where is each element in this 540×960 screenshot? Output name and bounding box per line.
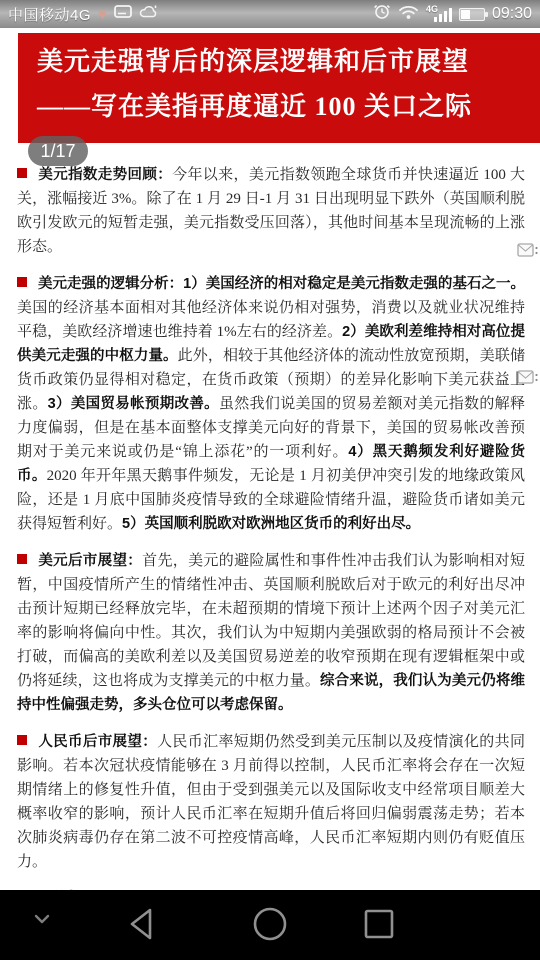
signal-bars-icon: 4G bbox=[426, 5, 452, 23]
paragraph-text-bold: 5）英国顺利脱欧对欧洲地区货币的利好出尽。 bbox=[122, 516, 420, 532]
cloud-icon bbox=[139, 4, 159, 24]
comment-marker-icon[interactable] bbox=[517, 370, 539, 386]
alarm-icon bbox=[373, 3, 391, 25]
recents-button-icon[interactable] bbox=[362, 907, 396, 944]
paragraph-heading: 人民币后市展望： bbox=[38, 734, 157, 750]
paragraph-dollar-index-review: 美元指数走势回顾：今年以来，美元指数领跑全球货币并快速逼近 100 大关，涨幅接… bbox=[17, 163, 525, 259]
status-bar-left: 中国移动4G ♥ bbox=[8, 4, 159, 25]
paragraph-text: 首先，美元的避险属性和事件性冲击我们认为影响相对短暂，中国疫情所产生的情绪性冲击… bbox=[17, 553, 525, 689]
comment-marker-icon[interactable] bbox=[517, 243, 539, 259]
report-title-line1: 美元走强背后的深层逻辑和后市展望 bbox=[37, 49, 526, 75]
bullet-square-icon bbox=[17, 277, 27, 287]
home-button-icon[interactable] bbox=[250, 904, 290, 947]
bullet-square-icon bbox=[17, 554, 27, 564]
paragraph-logic-analysis: 美元走强的逻辑分析：1）美国经济的相对稳定是美元指数走强的基石之一。美国的经济基… bbox=[17, 272, 525, 536]
bullet-square-icon bbox=[17, 168, 27, 178]
report-title-banner: 美元走强背后的深层逻辑和后市展望 ——写在美指再度逼近 100 关口之际 bbox=[18, 33, 540, 143]
paragraph-heading: 美元指数走势回顾： bbox=[38, 167, 172, 183]
android-nav-bar bbox=[0, 890, 540, 960]
paragraph-text: 人民币汇率短期仍然受到美元压制以及疫情演化的共同影响。若本次冠状疫情能够在 3 … bbox=[17, 734, 525, 870]
page-indicator: 1/17 bbox=[28, 136, 88, 166]
back-button-icon[interactable] bbox=[126, 905, 158, 946]
phone-screen: 中国移动4G ♥ bbox=[0, 0, 540, 960]
paragraph-heading: 美元走强的逻辑分析： bbox=[38, 276, 183, 292]
report-title-line2: ——写在美指再度逼近 100 关口之际 bbox=[37, 94, 526, 120]
message-icon bbox=[114, 5, 132, 23]
paragraph-text-bold: 3）美国贸易帐预期改善。 bbox=[48, 396, 219, 412]
paragraph-text-bold: 1）美国经济的相对稳定是美元指数走强的基石之一。 bbox=[183, 276, 525, 292]
wifi-icon bbox=[398, 4, 419, 25]
paragraph-rmb-outlook: 人民币后市展望：人民币汇率短期仍然受到美元压制以及疫情演化的共同影响。若本次冠状… bbox=[17, 730, 525, 874]
clock-time: 09:30 bbox=[492, 5, 532, 23]
hide-navbar-chevron-icon[interactable] bbox=[32, 914, 52, 929]
document-page[interactable]: 美元指数走势回顾：今年以来，美元指数领跑全球货币并快速逼近 100 大关，涨幅接… bbox=[0, 150, 540, 890]
paragraph-dollar-outlook: 美元后市展望：首先，美元的避险属性和事件性冲击我们认为影响相对短暂，中国疫情所产… bbox=[17, 549, 525, 717]
carrier-label: 中国移动4G bbox=[8, 4, 91, 25]
paragraph-heading: 美元后市展望： bbox=[38, 553, 142, 569]
heart-icon: ♥ bbox=[98, 7, 107, 22]
status-bar-right: 4G 09:30 bbox=[373, 3, 532, 25]
battery-icon bbox=[459, 8, 485, 21]
bullet-square-icon bbox=[17, 735, 27, 745]
status-bar: 中国移动4G ♥ bbox=[0, 0, 540, 28]
